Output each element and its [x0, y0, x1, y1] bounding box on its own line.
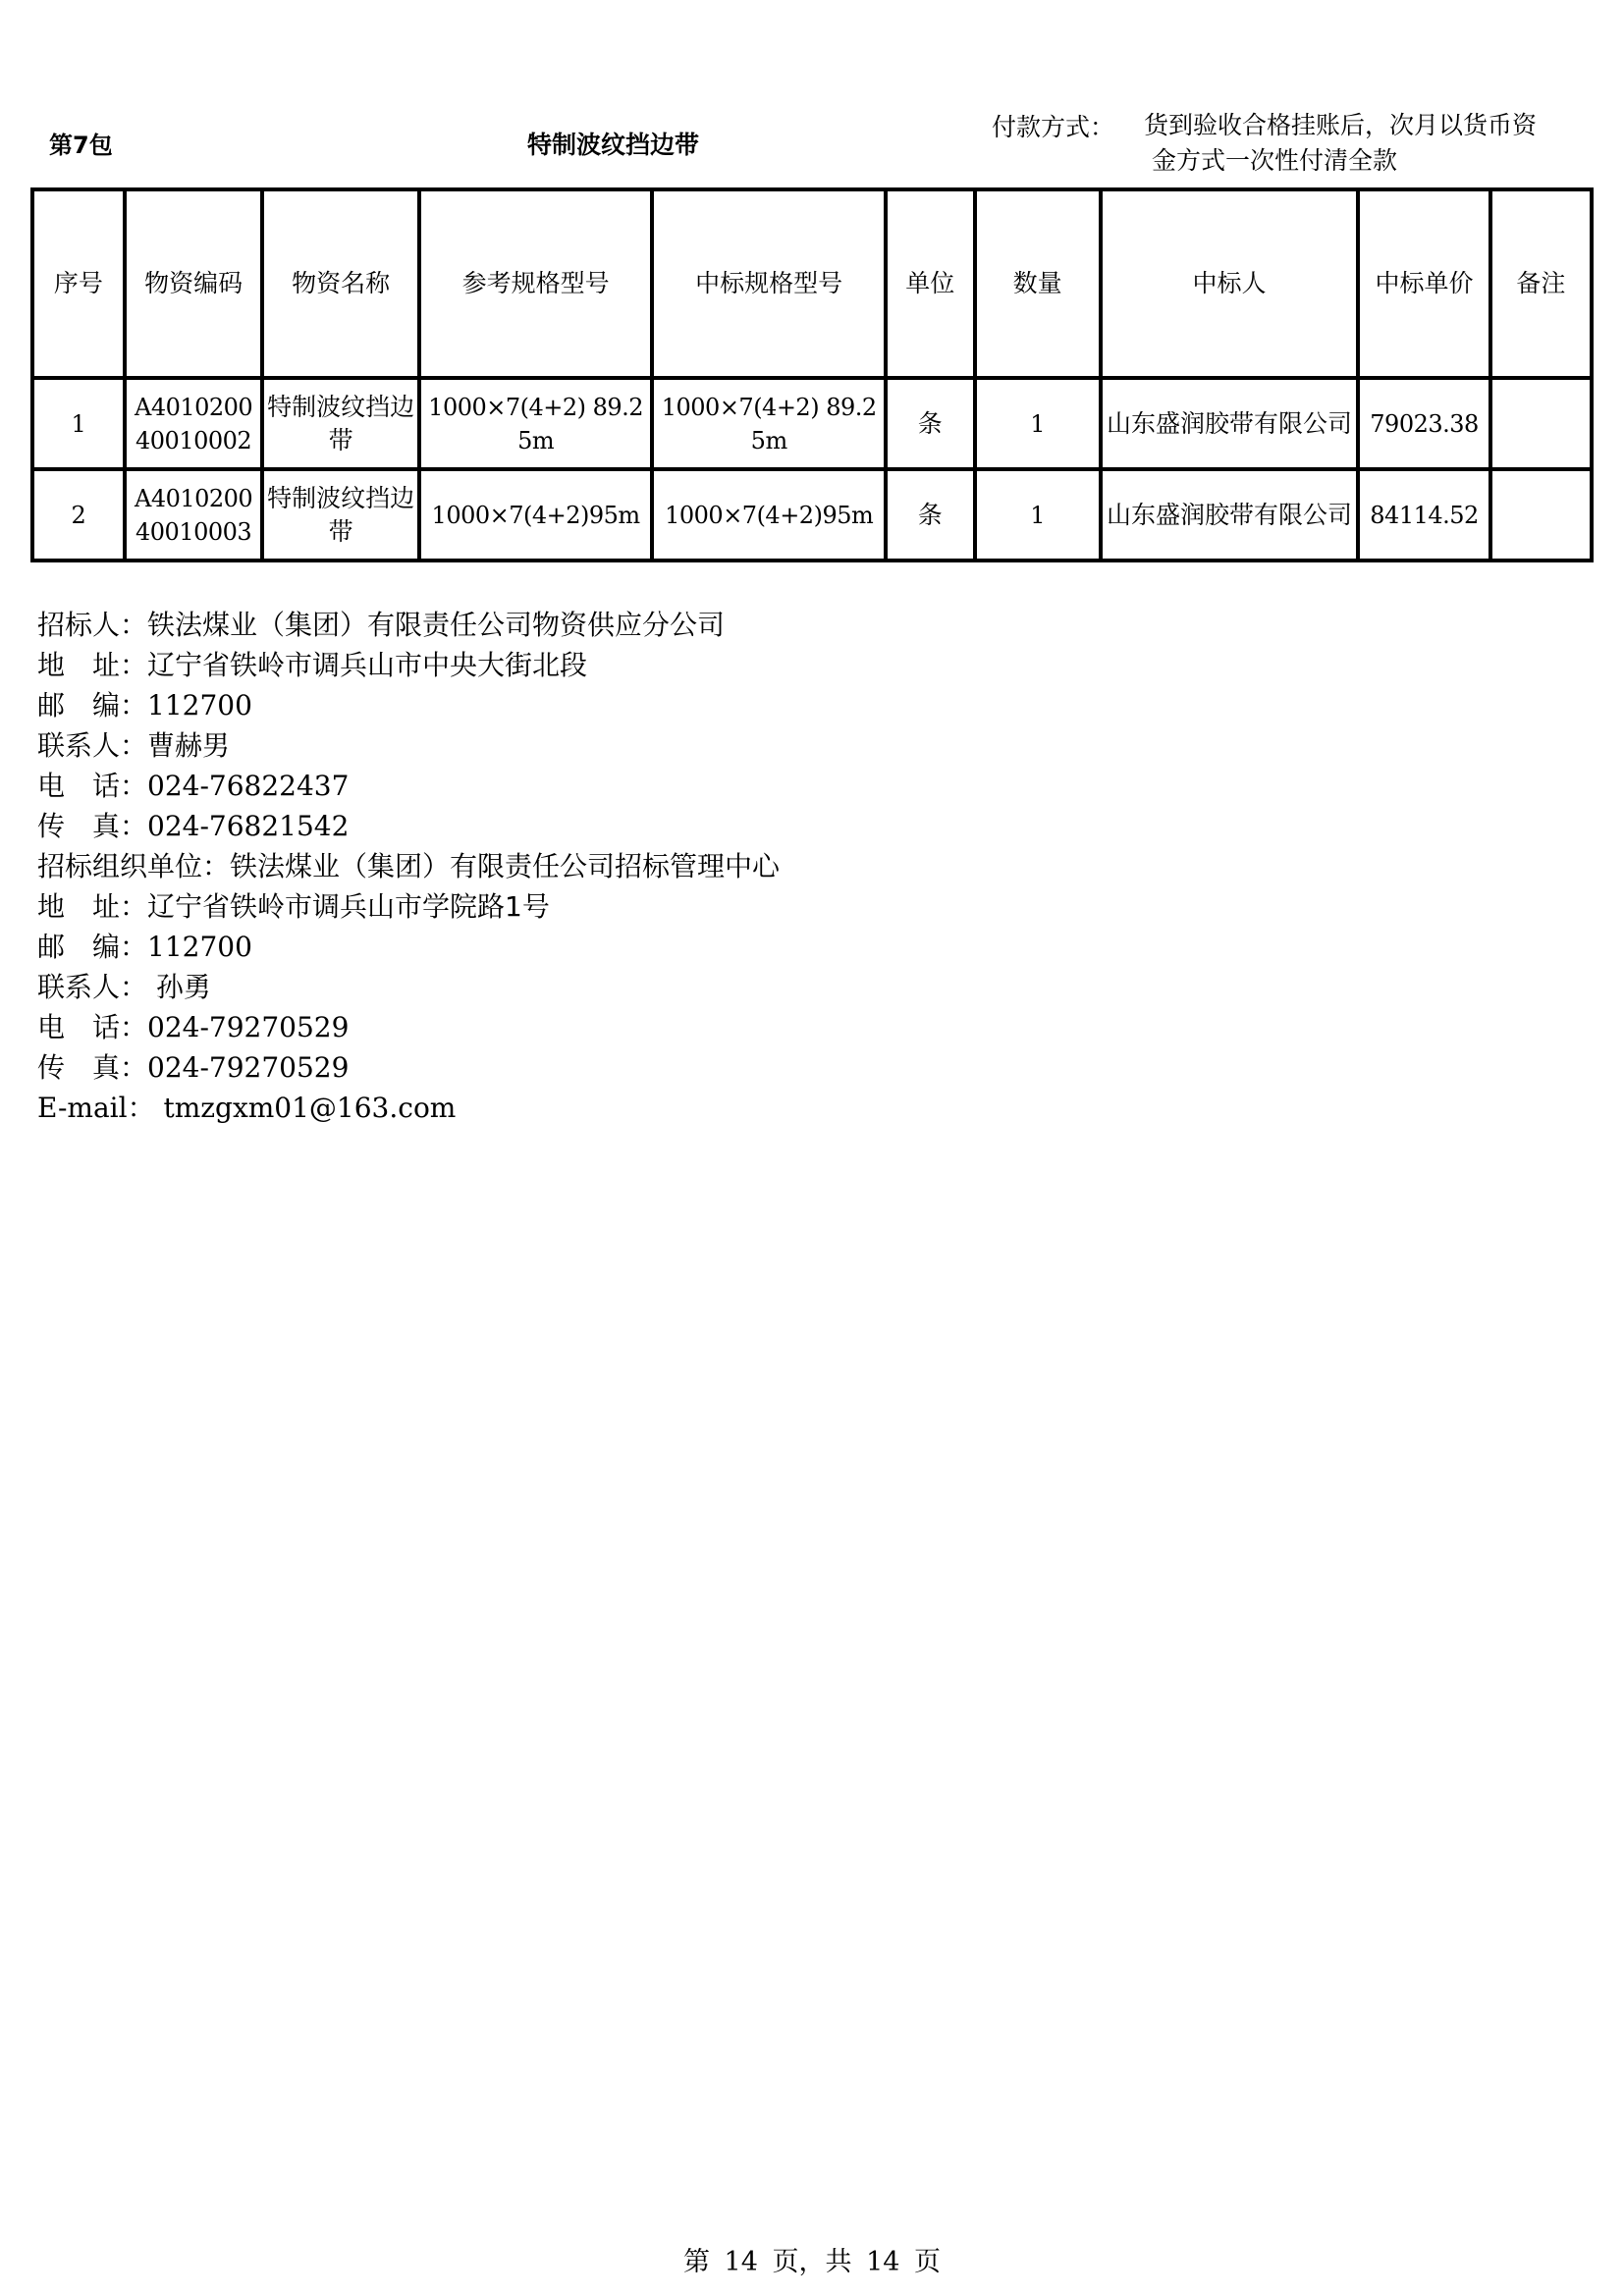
agency-phone-line: 电 话：024-79270529	[37, 1007, 780, 1047]
contact-info: 招标人：铁法煤业（集团）有限责任公司物资供应分公司 地 址：辽宁省铁岭市调兵山市…	[37, 605, 780, 1128]
col-header-win-spec: 中标规格型号	[652, 189, 886, 378]
col-header-remark: 备注	[1490, 189, 1592, 378]
cell-win-spec: 1000×7(4+2) 89.25m	[652, 378, 886, 469]
tenderer-name-line: 招标人：铁法煤业（集团）有限责任公司物资供应分公司	[37, 605, 780, 645]
payment-terms: 货到验收合格挂账后，次月以货币资 金方式一次性付清全款	[1144, 108, 1596, 179]
agency-contact: 孙勇	[147, 971, 211, 1003]
tenderer-address: 辽宁省铁岭市调兵山市中央大街北段	[147, 649, 587, 681]
tenderer-phone: 024-76822437	[147, 770, 349, 802]
cell-code: A401020040010003	[125, 469, 263, 561]
col-header-winner: 中标人	[1101, 189, 1359, 378]
label: 联系人：	[37, 971, 147, 1003]
agency-email-line: E-mail： tmzgxm01@163.com	[37, 1088, 780, 1128]
cell-win-spec: 1000×7(4+2)95m	[652, 469, 886, 561]
agency-zip-line: 邮 编：112700	[37, 927, 780, 967]
table-row: 2 A401020040010003 特制波纹挡边带 1000×7(4+2)95…	[32, 469, 1592, 561]
label: 招标组织单位：	[37, 850, 230, 882]
col-header-price: 中标单价	[1358, 189, 1489, 378]
cell-name: 特制波纹挡边带	[262, 378, 418, 469]
tenderer-contact: 曹赫男	[147, 729, 230, 762]
payment-terms-line2: 金方式一次性付清全款	[1144, 143, 1596, 179]
label: 地 址：	[37, 649, 147, 681]
label: 邮 编：	[37, 931, 147, 963]
cell-ref-spec: 1000×7(4+2)95m	[419, 469, 653, 561]
col-header-unit: 单位	[886, 189, 975, 378]
package-number: 第7包	[49, 126, 113, 160]
agency-name: 铁法煤业（集团）有限责任公司招标管理中心	[230, 850, 780, 882]
label: 地 址：	[37, 890, 147, 923]
tenderer-zip: 112700	[147, 689, 252, 721]
label: 传 真：	[37, 810, 147, 842]
payment-label: 付款方式：	[992, 108, 1114, 143]
label: 电 话：	[37, 770, 147, 802]
page-number: 第 14 页，共 14 页	[0, 2240, 1624, 2278]
tenderer-address-line: 地 址：辽宁省铁岭市调兵山市中央大街北段	[37, 645, 780, 685]
label: 电 话：	[37, 1011, 147, 1043]
cell-seq: 2	[32, 469, 125, 561]
cell-name: 特制波纹挡边带	[262, 469, 418, 561]
cell-price: 79023.38	[1358, 378, 1489, 469]
tenderer-fax-line: 传 真：024-76821542	[37, 806, 780, 846]
agency-name-line: 招标组织单位：铁法煤业（集团）有限责任公司招标管理中心	[37, 846, 780, 886]
agency-fax-line: 传 真：024-79270529	[37, 1047, 780, 1088]
package-title: 特制波纹挡边带	[527, 126, 699, 161]
tenderer-zip-line: 邮 编：112700	[37, 685, 780, 725]
label: 邮 编：	[37, 689, 147, 721]
cell-qty: 1	[975, 469, 1101, 561]
col-header-qty: 数量	[975, 189, 1101, 378]
cell-winner: 山东盛润胶带有限公司	[1101, 378, 1359, 469]
tenderer-fax: 024-76821542	[147, 810, 349, 842]
cell-unit: 条	[886, 469, 975, 561]
cell-code: A401020040010002	[125, 378, 263, 469]
payment-terms-line1: 货到验收合格挂账后，次月以货币资	[1144, 108, 1596, 143]
cell-seq: 1	[32, 378, 125, 469]
col-header-seq: 序号	[32, 189, 125, 378]
cell-ref-spec: 1000×7(4+2) 89.25m	[419, 378, 653, 469]
cell-qty: 1	[975, 378, 1101, 469]
label: 招标人：	[37, 609, 147, 641]
tenderer-phone-line: 电 话：024-76822437	[37, 766, 780, 806]
label: 联系人：	[37, 729, 147, 762]
cell-remark	[1490, 469, 1592, 561]
agency-email[interactable]: tmzgxm01@163.com	[155, 1092, 457, 1124]
cell-winner: 山东盛润胶带有限公司	[1101, 469, 1359, 561]
cell-price: 84114.52	[1358, 469, 1489, 561]
agency-address-line: 地 址：辽宁省铁岭市调兵山市学院路1号	[37, 886, 780, 927]
label: 传 真：	[37, 1051, 147, 1084]
col-header-ref-spec: 参考规格型号	[419, 189, 653, 378]
col-header-name: 物资名称	[262, 189, 418, 378]
label: E-mail：	[37, 1092, 155, 1124]
agency-fax: 024-79270529	[147, 1051, 349, 1084]
award-table: 序号 物资编码 物资名称 参考规格型号 中标规格型号 单位 数量 中标人 中标单…	[30, 187, 1594, 562]
col-header-code: 物资编码	[125, 189, 263, 378]
table-header-row: 序号 物资编码 物资名称 参考规格型号 中标规格型号 单位 数量 中标人 中标单…	[32, 189, 1592, 378]
cell-unit: 条	[886, 378, 975, 469]
tenderer-name: 铁法煤业（集团）有限责任公司物资供应分公司	[147, 609, 725, 641]
agency-address: 辽宁省铁岭市调兵山市学院路1号	[147, 890, 550, 923]
agency-contact-line: 联系人： 孙勇	[37, 967, 780, 1007]
table-row: 1 A401020040010002 特制波纹挡边带 1000×7(4+2) 8…	[32, 378, 1592, 469]
tenderer-contact-line: 联系人：曹赫男	[37, 725, 780, 766]
cell-remark	[1490, 378, 1592, 469]
agency-zip: 112700	[147, 931, 252, 963]
agency-phone: 024-79270529	[147, 1011, 349, 1043]
